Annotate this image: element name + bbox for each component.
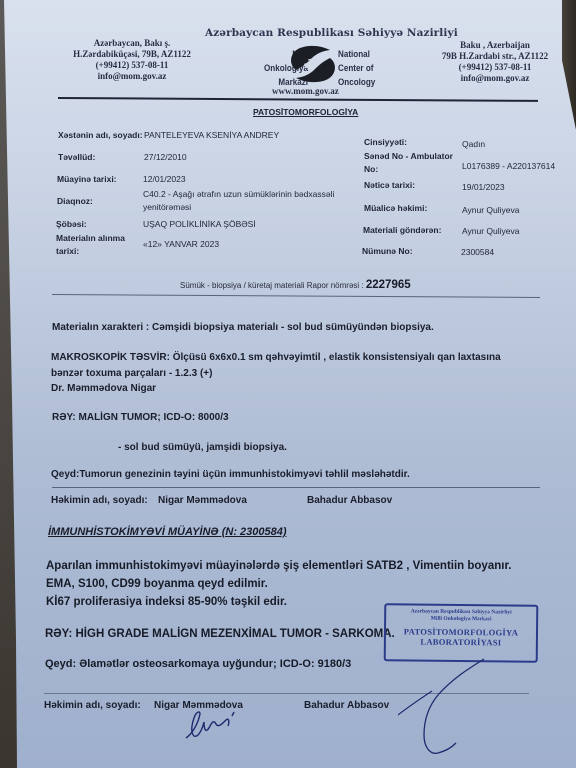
section-title: PATOSİTOMORFOLOGİYA bbox=[253, 107, 358, 117]
department-label: Şöbəsi: bbox=[56, 219, 87, 229]
address-left-line: Azərbaycan, Bakı ş. bbox=[72, 38, 192, 49]
address-left-line: (+99412) 537-08-11 bbox=[72, 60, 192, 71]
stamp-line: PATOSİTOMORFOLOGİYA LABORATORİYASI bbox=[386, 626, 536, 648]
material-sender-value: Aynur Quliyeva bbox=[462, 226, 519, 236]
opinion-detail: - sol bud sümüyü, jamşidi biopsiya. bbox=[118, 442, 287, 453]
laboratory-stamp: Azərbaycan Respublikası Səhiyyə Nazirliy… bbox=[384, 603, 539, 663]
document-number-value: L0176389 - A220137614 bbox=[462, 161, 555, 171]
address-right-line: (+99412) 537-08-11 bbox=[430, 62, 560, 73]
material-sender-label: Materiali göndərən: bbox=[363, 225, 441, 235]
signature-icon bbox=[398, 655, 498, 765]
logo-text-line: Oncology bbox=[338, 76, 375, 90]
treating-doctor-value: Aynur Quliyeva bbox=[462, 205, 519, 215]
address-left-line: H.Zərdabiküçəsi, 79B, AZ1122 bbox=[72, 49, 192, 60]
second-doctor-name: Bahadur Abbasov bbox=[307, 495, 392, 506]
exam-date-label: Müayinə tarixi: bbox=[57, 174, 117, 184]
patient-name-label: Xəstənin adı, soyadı: bbox=[58, 130, 143, 140]
result-date-label: Nəticə tarixi: bbox=[364, 180, 415, 190]
doctor-name: Nigar Məmmədova bbox=[158, 495, 247, 506]
ministry-title: Azərbaycan Respublikası Səhiyyə Nazirliy… bbox=[205, 27, 458, 39]
gender-label: Cinsiyyəti: bbox=[364, 137, 407, 147]
address-right-email: info@mom.gov.az bbox=[430, 73, 560, 84]
ihc-note: Qeyd: Əlamətlər osteosarkomaya uyğundur;… bbox=[45, 655, 351, 673]
logo-text-line: Center of bbox=[338, 62, 375, 76]
logo-text-en: National Center of Oncology bbox=[338, 48, 375, 90]
stamp-line: Milli Onkologiya Mərkəzi bbox=[386, 615, 536, 624]
ihc-line: Aparılan immunhistokimyəvi müayinələrdə … bbox=[46, 557, 511, 575]
logo-text-line: National bbox=[338, 48, 375, 62]
ihc-doctor-label: Həkimin adı, soyadı: bbox=[44, 700, 141, 711]
ihc-title: İMMUNHİSTOKİMYƏVİ MÜAYİNƏ (N: 2300584) bbox=[48, 526, 287, 538]
note-divider bbox=[52, 487, 540, 488]
hands-icon bbox=[282, 40, 344, 88]
department-value: UŞAQ POLİKLİNİKA ŞÖBƏSİ bbox=[143, 219, 256, 229]
address-left-email: info@mom.gov.az bbox=[72, 71, 192, 82]
report-number-value: 2227965 bbox=[366, 279, 411, 291]
gender-value: Qadın bbox=[462, 139, 485, 149]
report-number-label: Sümük - biopsiya / küretaj materiali Rap… bbox=[180, 281, 364, 290]
patient-name-value: PANTELEYEVA KSENİYA ANDREY bbox=[144, 130, 279, 140]
macroscopic-description: MAKROSKOPİK TƏSVİR: Ölçüsü 6x6x0.1 sm qə… bbox=[51, 350, 501, 397]
macroscopic-line: bənzər toxuma parçaları - 1.2.3 (+) bbox=[51, 366, 501, 382]
website-link: www.mom.gov.az bbox=[272, 86, 339, 96]
report-number-line: Sümük - biopsiya / küretaj materiali Rap… bbox=[180, 279, 411, 291]
stamp-subtitle: LABORATORİYASI bbox=[386, 636, 536, 648]
treating-doctor-label: Müalicə həkimi: bbox=[364, 203, 427, 213]
opinion-text: RƏY: MALİGN TUMOR; ICD-O: 8000/3 bbox=[52, 412, 229, 423]
birth-date-value: 27/12/2010 bbox=[144, 152, 187, 162]
address-right-line: 79B H.Zardabi str., AZ1122 bbox=[430, 51, 560, 62]
signature-icon bbox=[182, 706, 242, 742]
address-right: Baku , Azerbaijan 79B H.Zardabi str., AZ… bbox=[430, 40, 560, 84]
result-date-value: 19/01/2023 bbox=[462, 182, 505, 192]
ihc-second-doctor-name: Bahadur Abbasov bbox=[304, 700, 389, 711]
doctor-label: Həkimin adı, soyadı: bbox=[51, 495, 148, 506]
birth-date-label: Təvəllüd: bbox=[58, 152, 95, 162]
address-right-line: Baku , Azerbaijan bbox=[430, 40, 560, 51]
note-text: Qeyd:Tumorun genezinin təyini üçün immun… bbox=[51, 469, 410, 480]
macroscopic-line: MAKROSKOPİK TƏSVİR: Ölçüsü 6x6x0.1 sm qə… bbox=[51, 350, 501, 366]
sample-number-value: 2300584 bbox=[461, 247, 494, 257]
ihc-line: EMA, S100, CD99 boyanma qeyd edilmir. bbox=[46, 575, 511, 593]
ihc-opinion: RƏY: HİGH GRADE MALİGN MEZENXİMAL TUMOR … bbox=[45, 625, 395, 643]
material-date-label: Materialın alınma tarixi: bbox=[56, 232, 141, 258]
material-date-value: «12» YANVAR 2023 bbox=[143, 239, 219, 249]
diagnosis-value: C40.2 - Aşağı ətrafın uzun sümüklərinin … bbox=[143, 188, 353, 214]
exam-date-value: 12/01/2023 bbox=[143, 174, 186, 184]
document-number-label: Sənəd No - Ambulator No: bbox=[364, 150, 459, 176]
diagnosis-label: Diaqnoz: bbox=[57, 196, 93, 206]
material-character: Materialın xarakteri : Cəmşidi biopsiya … bbox=[52, 322, 434, 333]
address-left: Azərbaycan, Bakı ş. H.Zərdabiküçəsi, 79B… bbox=[72, 38, 192, 82]
macroscopic-author: Dr. Məmmədova Nigar bbox=[51, 381, 501, 397]
sample-number-label: Nümunə No: bbox=[362, 246, 413, 256]
